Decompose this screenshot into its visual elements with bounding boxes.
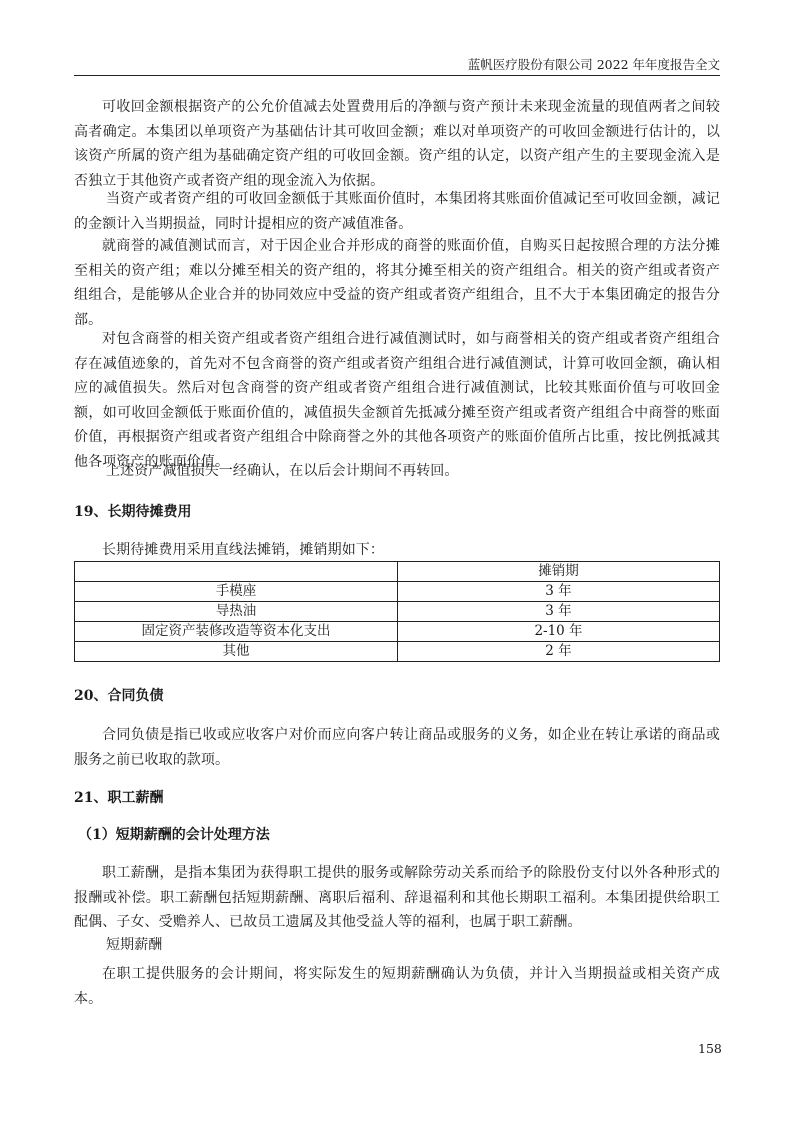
heading-short-term-compensation-method: （1）短期薪酬的会计处理方法: [78, 825, 270, 845]
table-row: 导热油 3 年: [75, 602, 720, 622]
paragraph-goodwill-testing: 对包含商誉的相关资产组或者资产组组合进行减值测试时，如与商誉相关的资产组或者资产…: [74, 327, 720, 474]
paragraph-impairment-writedown: 当资产或者资产组的可收回金额低于其账面价值时，本集团将其账面价值减记至可收回金额…: [74, 187, 720, 236]
paragraph-contract-liabilities: 合同负债是指已收或应收客户对价而应向客户转让商品或服务的义务，如企业在转让承诺的…: [74, 723, 720, 772]
table-cell-item: 手模座: [75, 582, 398, 602]
table-header-row: 摊销期: [75, 562, 720, 582]
table-cell-period: 2 年: [398, 642, 720, 662]
paragraph-short-term-label: 短期薪酬: [74, 933, 720, 958]
table-cell-item: 其他: [75, 642, 398, 662]
table-cell-period: 3 年: [398, 582, 720, 602]
heading-long-term-prepaid: 19、长期待摊费用: [74, 502, 191, 522]
page-number: 158: [698, 1041, 722, 1056]
paragraph-goodwill-allocation: 就商誉的减值测试而言，对于因企业合并形成的商誉的账面价值，自购买日起按照合理的方…: [74, 234, 720, 332]
table-row: 其他 2 年: [75, 642, 720, 662]
table-cell-item: 导热油: [75, 602, 398, 622]
paragraph-recoverable-amount: 可收回金额根据资产的公允价值减去处置费用后的净额与资产预计未来现金流量的现值两者…: [74, 95, 720, 193]
table-cell-period: 3 年: [398, 602, 720, 622]
table-row: 手模座 3 年: [75, 582, 720, 602]
page-header: 蓝帆医疗股份有限公司 2022 年年度报告全文: [74, 56, 720, 76]
amortization-table: 摊销期 手模座 3 年 导热油 3 年 固定资产装修改造等资本化支出 2-10 …: [74, 561, 720, 662]
report-title: 蓝帆医疗股份有限公司 2022 年年度报告全文: [468, 57, 720, 72]
heading-employee-compensation: 21、职工薪酬: [74, 788, 163, 808]
table-cell-period: 2-10 年: [398, 622, 720, 642]
table-cell-item: 固定资产装修改造等资本化支出: [75, 622, 398, 642]
paragraph-short-term-recognition: 在职工提供服务的会计期间，将实际发生的短期薪酬确认为负债，并计入当期损益或相关资…: [74, 962, 720, 1011]
table-header-cell: [75, 562, 398, 582]
paragraph-no-reversal: 上述资产减值损失一经确认，在以后会计期间不再转回。: [74, 459, 720, 484]
table-row: 固定资产装修改造等资本化支出 2-10 年: [75, 622, 720, 642]
table-header-cell: 摊销期: [398, 562, 720, 582]
paragraph-employee-compensation-definition: 职工薪酬，是指本集团为获得职工提供的服务或解除劳动关系而给予的除股份支付以外各种…: [74, 861, 720, 935]
heading-contract-liabilities: 20、合同负债: [74, 686, 163, 706]
paragraph-amortization-intro: 长期待摊费用采用直线法摊销，摊销期如下：: [74, 538, 720, 563]
